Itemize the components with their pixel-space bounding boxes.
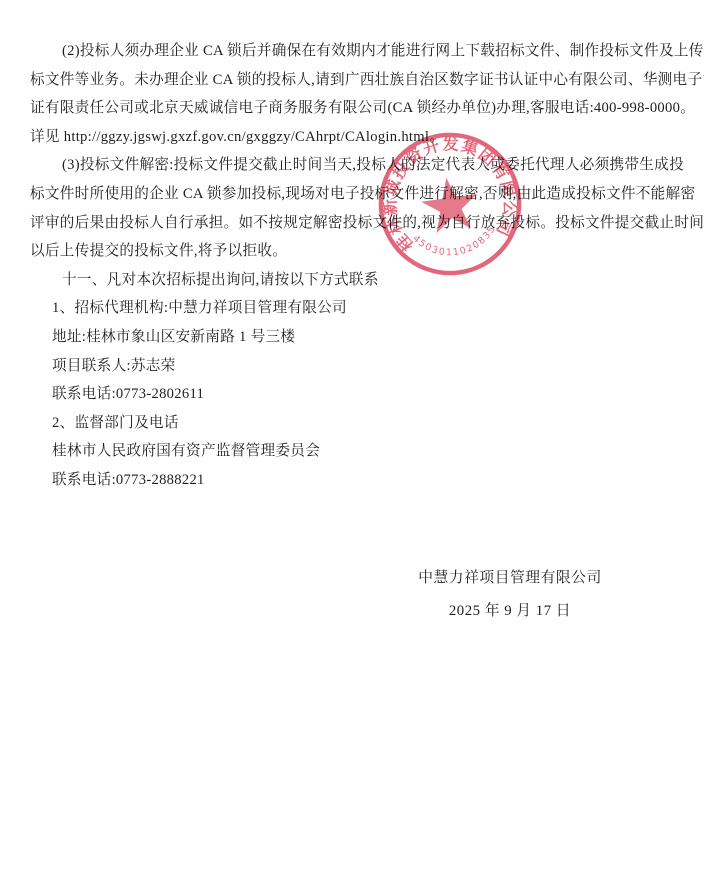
paragraph-2-line-3: 证有限责任公司或北京天威诚信电子商务服务有限公司(CA 锁经办单位)办理,客服电… [30, 94, 674, 123]
contact-supervisor-name: 桂林市人民政府国有资产监督管理委员会 [30, 437, 674, 466]
contact-phone-supervisor: 联系电话:0773-2888221 [30, 466, 674, 495]
contact-agency: 1、招标代理机构:中慧力祥项目管理有限公司 [30, 294, 674, 323]
body-text: (2)投标人须办理企业 CA 锁后并确保在有效期内才能进行网上下载招标文件、制作… [30, 37, 674, 495]
document-page: (2)投标人须办理企业 CA 锁后并确保在有效期内才能进行网上下载招标文件、制作… [0, 0, 704, 876]
paragraph-2-line-2: 标文件等业务。未办理企业 CA 锁的投标人,请到广西壮族自治区数字证书认证中心有… [30, 66, 674, 95]
paragraph-2-line-1: (2)投标人须办理企业 CA 锁后并确保在有效期内才能进行网上下载招标文件、制作… [30, 37, 674, 66]
contact-person: 项目联系人:苏志荣 [30, 352, 674, 381]
signature-company: 中慧力祥项目管理有限公司 [398, 562, 622, 595]
contact-supervisor-heading: 2、监督部门及电话 [30, 409, 674, 438]
section-11-heading: 十一、凡对本次招标提出询问,请按以下方式联系 [30, 266, 674, 295]
paragraph-3-line-3: 评审的后果由投标人自行承担。如不按规定解密投标文件的,视为自行放弃投标。投标文件… [30, 209, 674, 238]
contact-address: 地址:桂林市象山区安新南路 1 号三楼 [30, 323, 674, 352]
paragraph-3-line-1: (3)投标文件解密:投标文件提交截止时间当天,投标人的法定代表人或委托代理人必须… [30, 151, 674, 180]
signature-date: 2025 年 9 月 17 日 [398, 595, 622, 628]
paragraph-3-line-4: 以后上传提交的投标文件,将予以拒收。 [30, 237, 674, 266]
signature-block: 中慧力祥项目管理有限公司 2025 年 9 月 17 日 [398, 562, 622, 628]
contact-phone-agency: 联系电话:0773-2802611 [30, 380, 674, 409]
paragraph-3-line-2: 标文件时所使用的企业 CA 锁参加投标,现场对电子投标文件进行解密,否则,由此造… [30, 180, 674, 209]
paragraph-2-line-4-url: 详见 http://ggzy.jgswj.gxzf.gov.cn/gxggzy/… [30, 123, 674, 152]
